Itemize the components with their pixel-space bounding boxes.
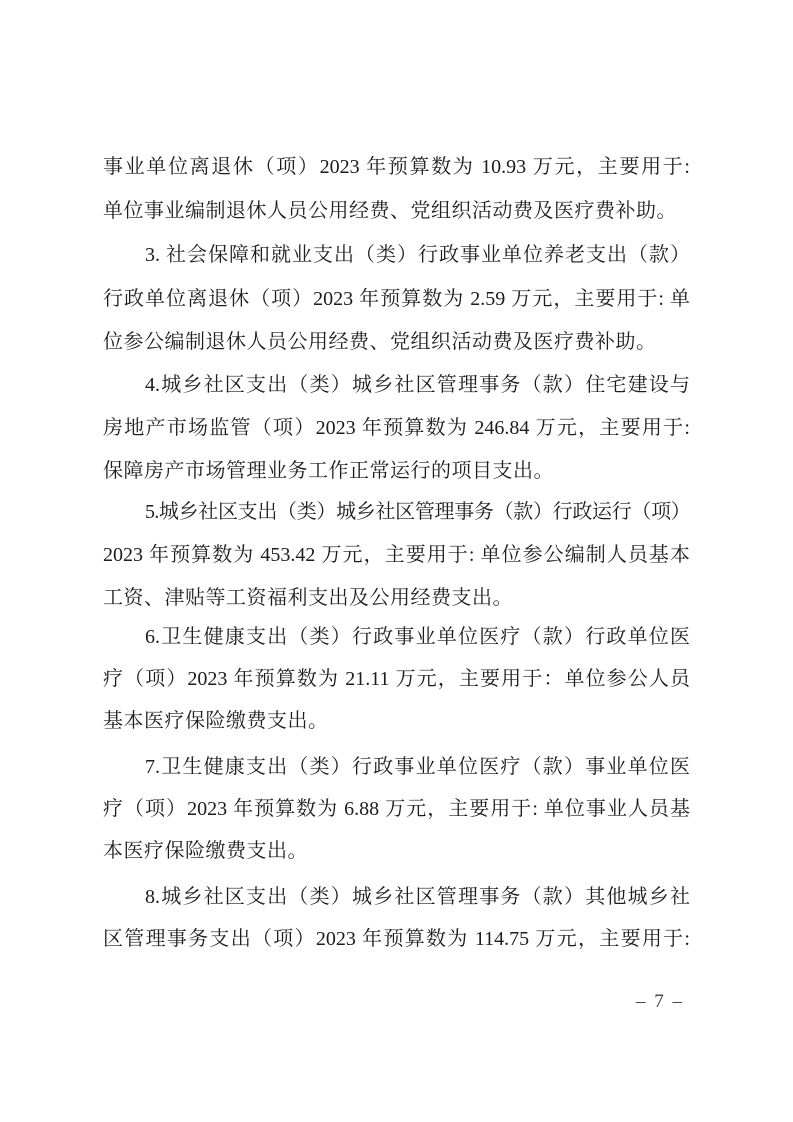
body-text-line: 4.城乡社区支出（类）城乡社区管理事务（款）住宅建设与 (103, 370, 690, 400)
body-text-line: 6.卫生健康支出（类）行政事业单位医疗（款）行政单位医 (103, 622, 690, 652)
body-text-line: 事业单位离退休（项）2023 年预算数为 10.93 万元，主要用于: (103, 152, 690, 182)
body-text-line: 8.城乡社区支出（类）城乡社区管理事务（款）其他城乡社 (103, 882, 690, 912)
body-text-line: 位参公编制退休人员公用经费、党组织活动费及医疗费补助。 (103, 327, 690, 357)
body-text-line: 基本医疗保险缴费支出。 (103, 706, 690, 736)
body-text-line: 房地产市场监管（项）2023 年预算数为 246.84 万元，主要用于: (103, 413, 690, 443)
body-text-line: 保障房产市场管理业务工作正常运行的项目支出。 (103, 456, 690, 486)
body-text-line: 本医疗保险缴费支出。 (103, 836, 690, 866)
body-text-line: 2023 年预算数为 453.42 万元，主要用于: 单位参公编制人员基本 (103, 540, 690, 570)
body-text-line: 区管理事务支出（项）2023 年预算数为 114.75 万元，主要用于: (103, 924, 690, 954)
body-text-line: 3. 社会保障和就业支出（类）行政事业单位养老支出（款） (103, 240, 690, 270)
body-text-line: 疗（项）2023 年预算数为 6.88 万元，主要用于: 单位事业人员基 (103, 794, 690, 824)
body-text-line: 工资、津贴等工资福利支出及公用经费支出。 (103, 583, 690, 613)
document-page: 事业单位离退休（项）2023 年预算数为 10.93 万元，主要用于: 单位事业… (0, 0, 793, 1122)
body-text-line: 5.城乡社区支出（类）城乡社区管理事务（款）行政运行（项） (103, 497, 690, 527)
body-text-line: 单位事业编制退休人员公用经费、党组织活动费及医疗费补助。 (103, 196, 690, 226)
page-number: – 7 – (620, 991, 700, 1013)
body-text-line: 疗（项）2023 年预算数为 21.11 万元，主要用于：单位参公人员 (103, 664, 690, 694)
body-text-line: 7.卫生健康支出（类）行政事业单位医疗（款）事业单位医 (103, 752, 690, 782)
body-text-line: 行政单位离退休（项）2023 年预算数为 2.59 万元，主要用于: 单 (103, 284, 690, 314)
